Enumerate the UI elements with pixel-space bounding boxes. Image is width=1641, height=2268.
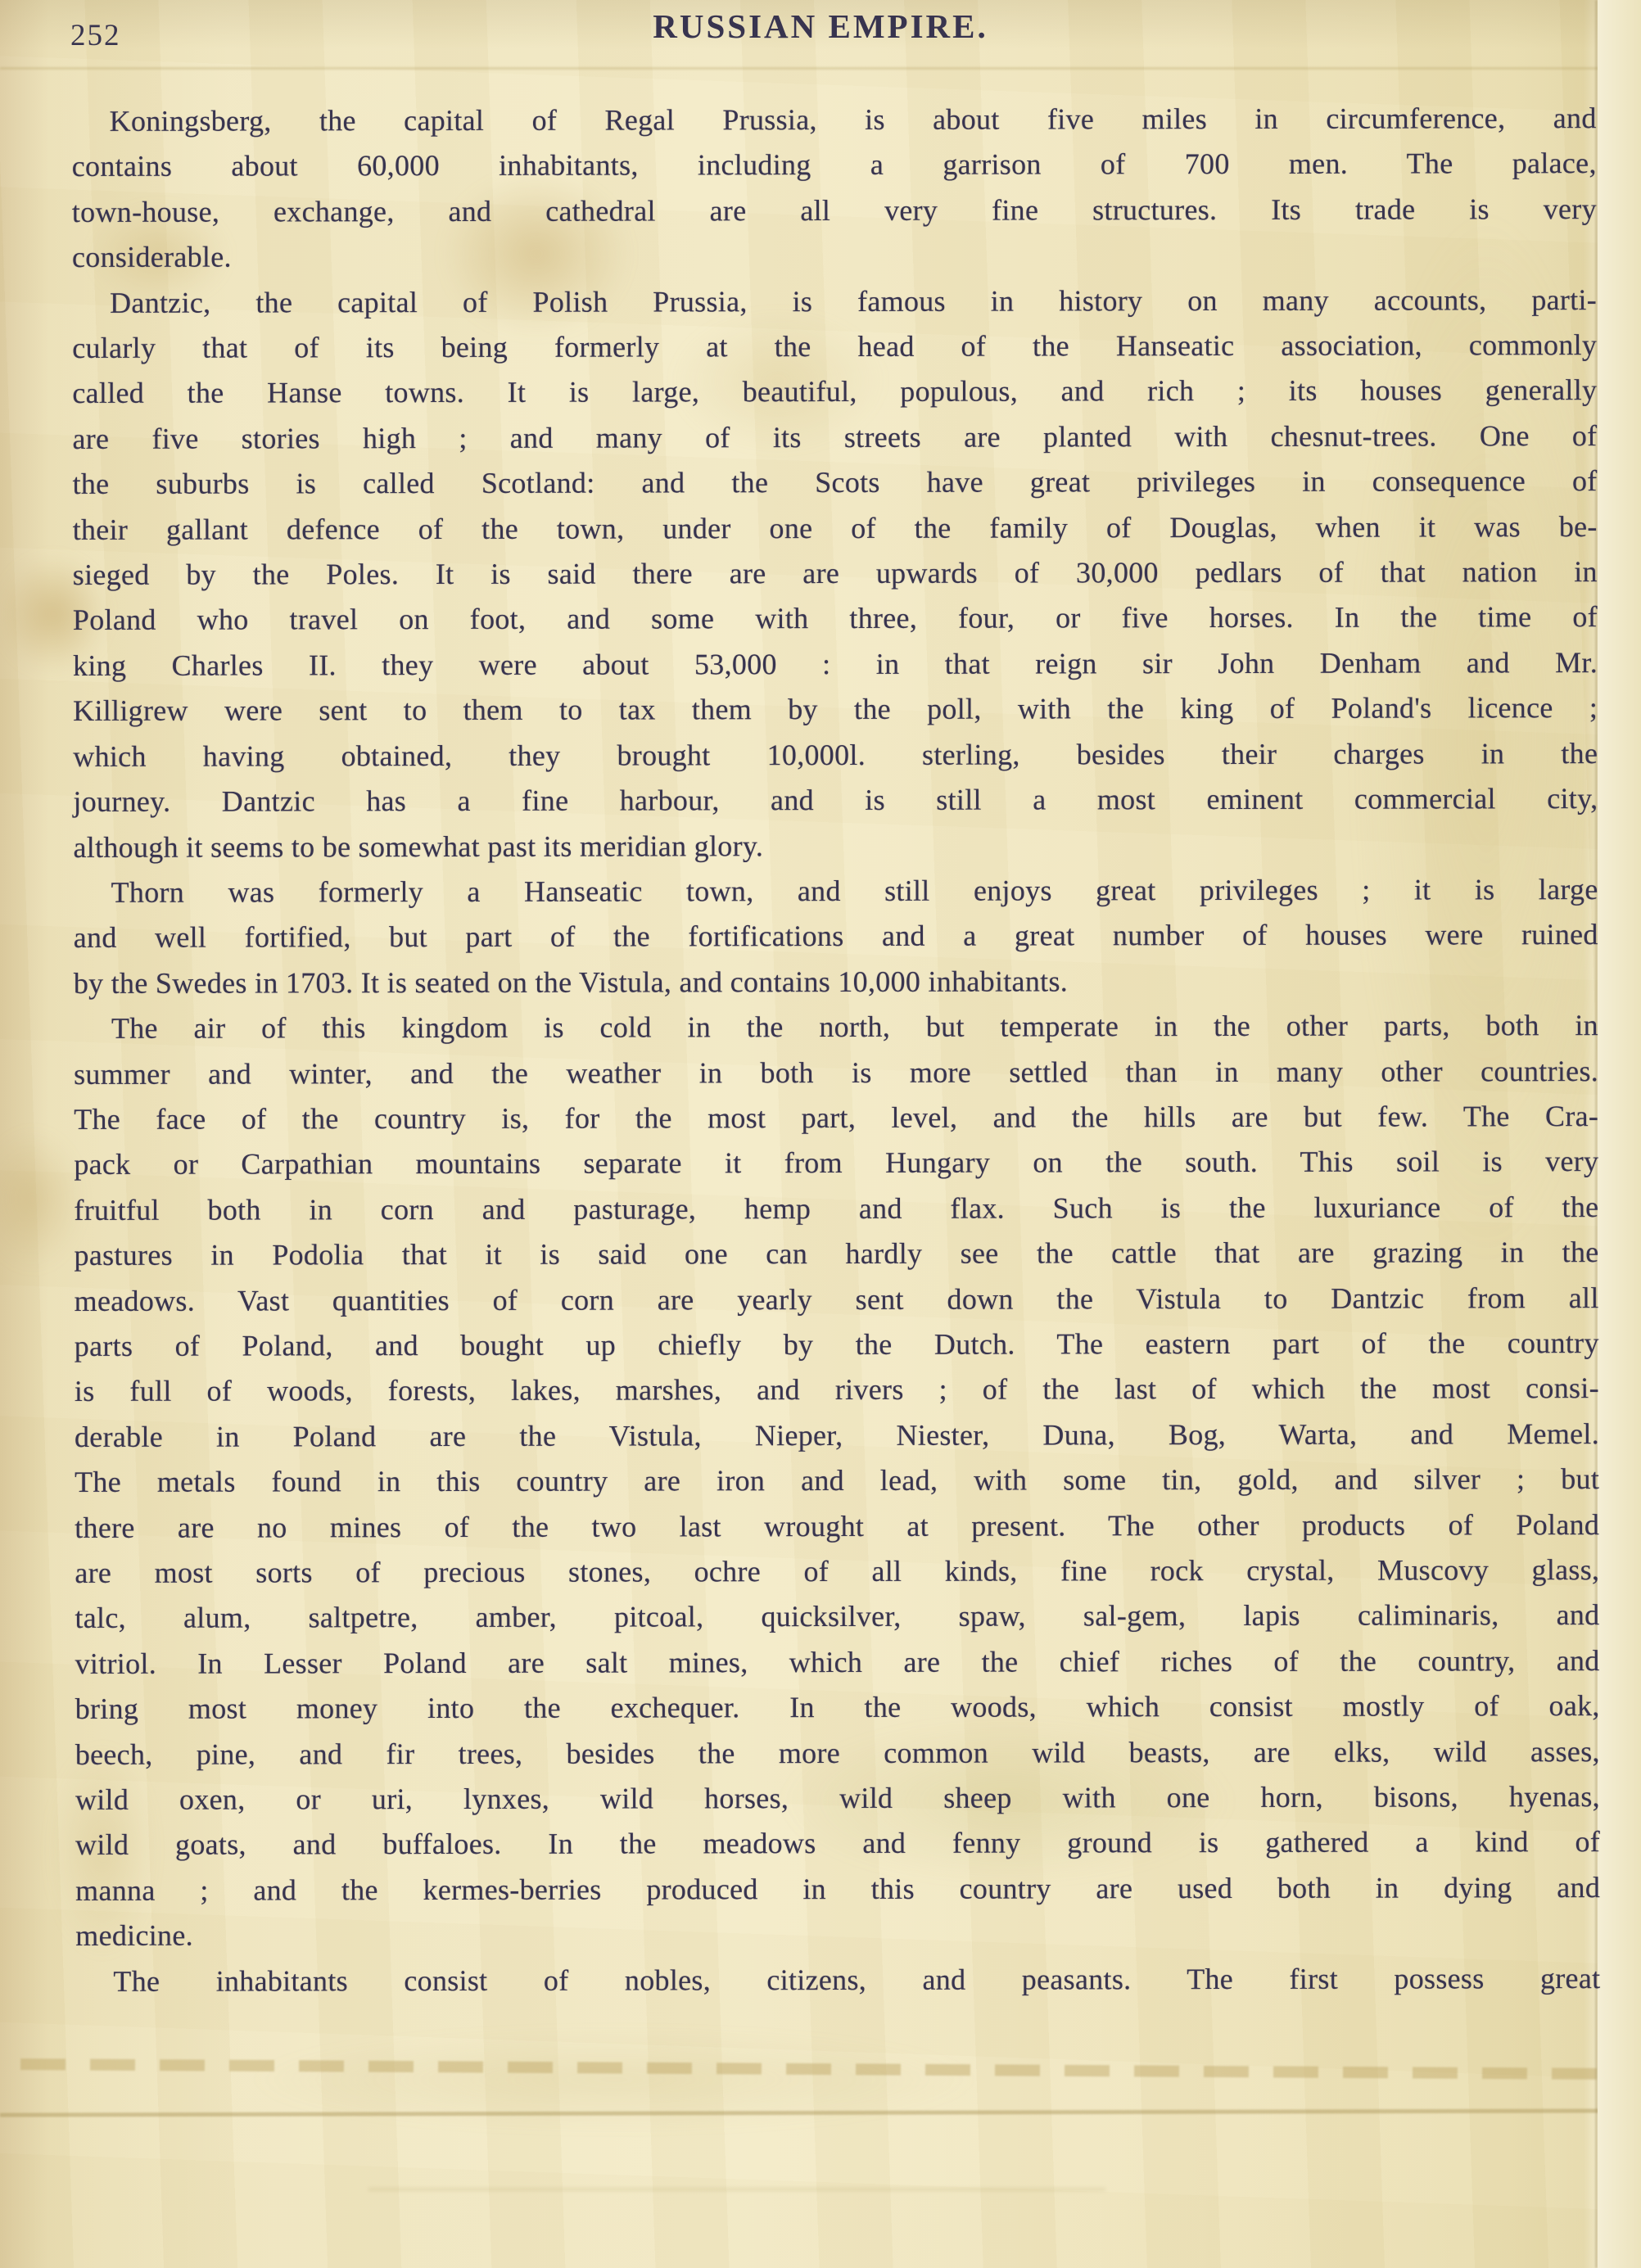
text-line: sieged by the Poles. It is said there ar… (73, 549, 1598, 598)
text-line: by the Swedes in 1703. It is seated on t… (74, 958, 1598, 1006)
text-line: considerable. (72, 232, 1597, 280)
text-line: Koningsberg, the capital of Regal Prussi… (72, 96, 1597, 144)
text-line: The inhabitants consist of nobles, citiz… (75, 1956, 1600, 2004)
faint-line (0, 67, 1641, 70)
page-edge (1598, 0, 1641, 2268)
text-line: pastures in Podolia that it is said one … (74, 1230, 1598, 1278)
text-line: parts of Poland, and bought up chiefly b… (75, 1321, 1599, 1369)
text-line: the suburbs is called Scotland: and the … (72, 459, 1597, 507)
text-line: Poland who travel on foot, and some with… (73, 595, 1598, 644)
text-line: their gallant defence of the town, under… (73, 504, 1598, 553)
text-line: which having obtained, they brought 10,0… (73, 731, 1598, 779)
text-line: are five stories high ; and many of its … (72, 413, 1597, 462)
text-line: king Charles II. they were about 53,000 … (73, 640, 1598, 689)
paragraph: The inhabitants consist of nobles, citiz… (75, 1956, 1600, 2004)
text-line: pack or Carpathian mountains separate it… (74, 1139, 1598, 1187)
text-line: The face of the country is, for the most… (74, 1094, 1598, 1142)
paragraph: Koningsberg, the capital of Regal Prussi… (72, 96, 1597, 281)
text-line: wild goats, and buffaloes. In the meadow… (75, 1819, 1600, 1868)
body-text: Koningsberg, the capital of Regal Prussi… (72, 96, 1601, 2004)
text-line: although it seems to be somewhat past it… (73, 822, 1598, 870)
faint-line (368, 2188, 1105, 2191)
text-line: talc, alum, saltpetre, amber, pitcoal, q… (75, 1593, 1599, 1641)
paragraph: Thorn was formerly a Hanseatic town, and… (74, 867, 1598, 1006)
text-line: journey. Dantzic has a fine harbour, and… (73, 776, 1598, 825)
text-line: The metals found in this country are iro… (75, 1457, 1599, 1505)
text-line: meadows. Vast quantities of corn are yea… (75, 1276, 1599, 1324)
text-line: is full of woods, forests, lakes, marshe… (75, 1366, 1599, 1414)
text-line: and well fortified, but part of the fort… (74, 912, 1598, 960)
text-line: bring most money into the exchequer. In … (75, 1683, 1600, 1732)
paragraph: The air of this kingdom is cold in the n… (74, 1003, 1600, 1959)
text-line: there are no mines of the two last wroug… (75, 1502, 1599, 1551)
text-line: summer and winter, and the weather in bo… (74, 1049, 1598, 1097)
text-line: cularly that of its being formerly at th… (72, 323, 1597, 371)
text-line: Killigrew were sent to them to tax them … (73, 685, 1598, 734)
page-title: RUSSIAN EMPIRE. (0, 7, 1641, 46)
text-line: town-house, exchange, and cathedral are … (72, 187, 1597, 235)
text-line: Thorn was formerly a Hanseatic town, and… (74, 867, 1598, 915)
text-line: are most sorts of precious stones, ochre… (75, 1547, 1599, 1596)
text-line: manna ; and the kermes-berries produced … (75, 1865, 1600, 1913)
book-page: 252 RUSSIAN EMPIRE. Koningsberg, the cap… (0, 0, 1641, 2268)
text-line: medicine. (75, 1910, 1600, 1959)
text-line: contains about 60,000 inhabitants, inclu… (72, 141, 1597, 189)
paragraph: Dantzic, the capital of Polish Prussia, … (72, 278, 1598, 870)
text-line: Dantzic, the capital of Polish Prussia, … (72, 278, 1597, 326)
text-line: fruitful both in corn and pasturage, hem… (74, 1185, 1598, 1233)
text-line: The air of this kingdom is cold in the n… (74, 1003, 1598, 1051)
text-line: wild oxen, or uri, lynxes, wild horses, … (75, 1774, 1600, 1823)
text-line: vitriol. In Lesser Poland are salt mines… (75, 1638, 1600, 1687)
text-line: beech, pine, and fir trees, besides the … (75, 1729, 1600, 1778)
text-line: derable in Poland are the Vistula, Niepe… (75, 1412, 1599, 1460)
text-line: called the Hanse towns. It is large, bea… (72, 368, 1597, 416)
